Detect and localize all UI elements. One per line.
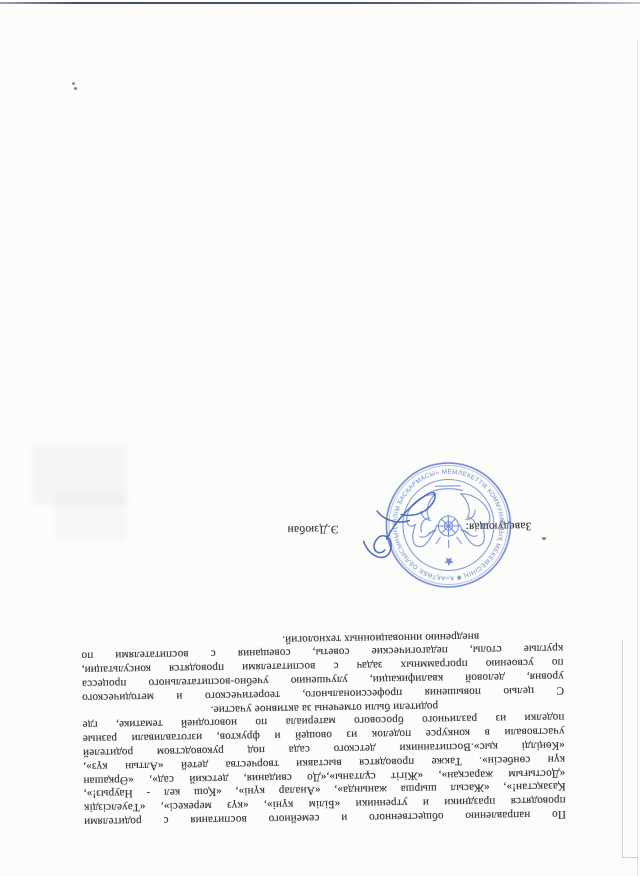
handwritten-signature xyxy=(339,484,444,570)
scan-speck xyxy=(74,87,77,90)
scan-speck xyxy=(542,537,546,540)
report-text-block: По направлению общественного и семейного… xyxy=(81,627,566,828)
scan-right-edge-line xyxy=(637,40,638,876)
signature-name: Э.Дзюбан xyxy=(287,523,338,536)
document-content: По направлению общественного и семейного… xyxy=(0,0,640,876)
page-right-edge-line xyxy=(622,640,623,858)
scan-speck xyxy=(72,82,75,85)
scan-top-edge-line xyxy=(0,2,640,4)
page-bottom-edge-line xyxy=(622,857,638,858)
star-icon xyxy=(444,557,453,566)
scanned-document-page: По направлению общественного и семейного… xyxy=(0,0,640,876)
